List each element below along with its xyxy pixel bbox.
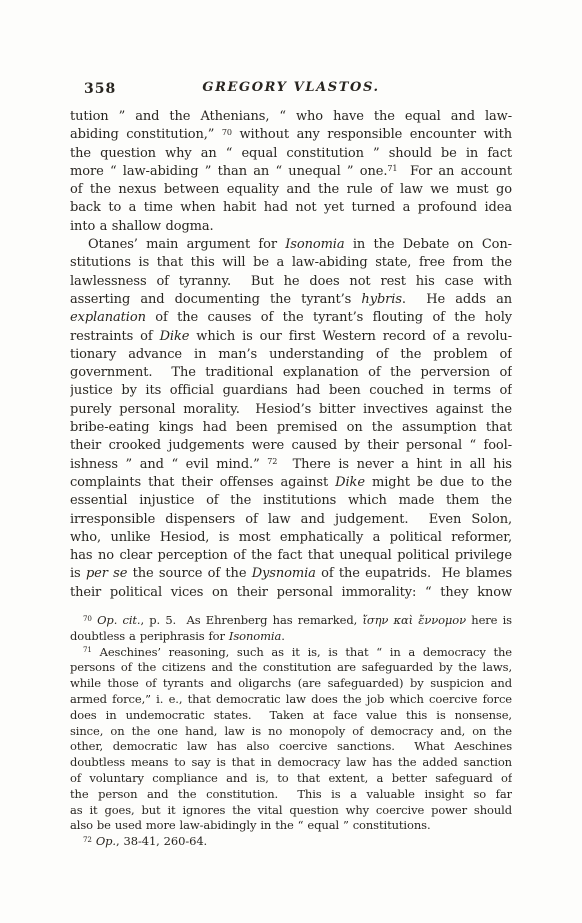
footnote-72: 72 Op., 38-41, 260-64. [70,834,512,850]
text-line: since, on the one hand, law is no monopo… [70,724,512,740]
text-line: also be used more law-abidingly in the “… [70,818,512,834]
text-line: is per se the source of the Dysnomia of … [70,565,512,583]
text-line: into a shallow dogma. [70,218,512,236]
body-text: tution ” and the Athenians, “ who have t… [70,108,512,602]
text-line: the person and the constitution. This is… [70,787,512,803]
text-line: has no clear perception of the fact that… [70,547,512,565]
text-line: the question why an “ equal constitution… [70,145,512,163]
text-line: of the nexus between equality and the ru… [70,181,512,199]
text-line: tionary advance in man’s understanding o… [70,346,512,364]
text-line: abiding constitution,” 70 without any re… [70,126,512,144]
text-line: irresponsible dispensers of law and judg… [70,511,512,529]
text-line: ishness ” and “ evil mind.” 72 There is … [70,456,512,474]
text-line: their political vices on their personal … [70,584,512,602]
text-line: justice by its official guardians had be… [70,382,512,400]
text-line: other, democratic law has also coercive … [70,739,512,755]
footnote-70: 70 Op. cit., p. 5. As Ehrenberg has rema… [70,613,512,645]
text-line: restraints of Dike which is our first We… [70,328,512,346]
paragraph: tution ” and the Athenians, “ who have t… [70,108,512,236]
page-header: 358 GREGORY VLASTOS. [70,80,512,97]
text-line: doubtless means to say is that in democr… [70,755,512,771]
text-line: 70 Op. cit., p. 5. As Ehrenberg has rema… [70,613,512,629]
text-line: more “ law-abiding ” than an “ unequal ”… [70,163,512,181]
text-line: government. The traditional explanation … [70,364,512,382]
text-line: stitutions is that this will be a law-ab… [70,254,512,272]
text-line: while those of tyrants and oligarchs (ar… [70,676,512,692]
text-line: explanation of the causes of the tyrant’… [70,309,512,327]
text-line: asserting and documenting the tyrant’s h… [70,291,512,309]
footnote-71: 71 Aeschines’ reasoning, such as it is, … [70,645,512,835]
text-column: 358 GREGORY VLASTOS. tution ” and the At… [70,80,512,850]
text-line: tution ” and the Athenians, “ who have t… [70,108,512,126]
text-line: complaints that their offenses against D… [70,474,512,492]
text-line: back to a time when habit had not yet tu… [70,199,512,217]
journal-page: 358 GREGORY VLASTOS. tution ” and the At… [0,0,582,923]
text-line: Otanes’ main argument for Isonomia in th… [70,236,512,254]
text-line: doubtless a periphrasis for Isonomia. [70,629,512,645]
page-number: 358 [84,81,116,97]
text-line: armed force,” i. e., that democratic law… [70,692,512,708]
text-line: 72 Op., 38-41, 260-64. [70,834,512,850]
paragraph: Otanes’ main argument for Isonomia in th… [70,236,512,602]
text-line: essential injustice of the institutions … [70,492,512,510]
text-line: lawlessness of tyranny. But he does not … [70,273,512,291]
text-line: persons of the citizens and the constitu… [70,660,512,676]
text-line: purely personal morality. Hesiod’s bitte… [70,401,512,419]
text-line: as it goes, but it ignores the vital que… [70,803,512,819]
footnotes: 70 Op. cit., p. 5. As Ehrenberg has rema… [70,613,512,850]
text-line: bribe-eating kings had been premised on … [70,419,512,437]
running-head: GREGORY VLASTOS. [70,80,512,95]
text-line: 71 Aeschines’ reasoning, such as it is, … [70,645,512,661]
text-line: does in undemocratic states. Taken at fa… [70,708,512,724]
text-line: who, unlike Hesiod, is most emphatically… [70,529,512,547]
text-line: their crooked judgements were caused by … [70,437,512,455]
text-line: of voluntary compliance and is, to that … [70,771,512,787]
